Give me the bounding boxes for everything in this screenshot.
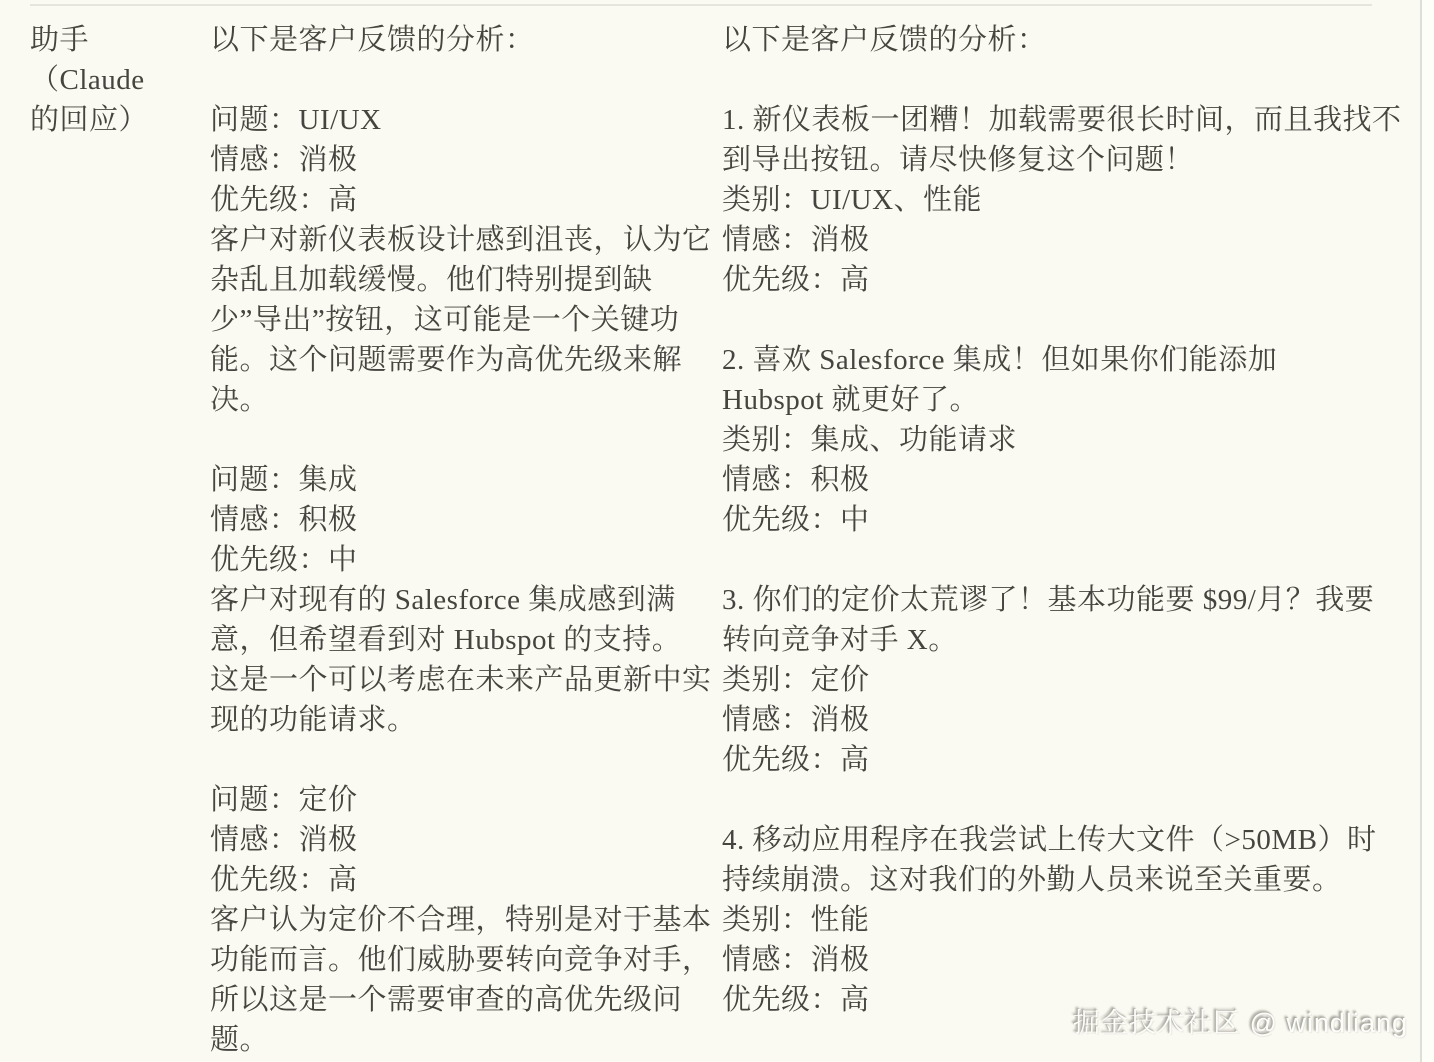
- sentiment-line: 情感：消极: [210, 140, 722, 180]
- issue-line: 问题：定价: [210, 780, 722, 820]
- category-line: 类别：性能: [722, 900, 1418, 940]
- issue-line: 问题：UI/UX: [210, 100, 722, 140]
- priority-line: 优先级：高: [722, 260, 1418, 300]
- watermark: 掘金技术社区 @ windliang: [1073, 1001, 1408, 1040]
- sentiment-line: 情感：积极: [722, 460, 1418, 500]
- priority-line: 优先级：中: [210, 540, 722, 580]
- category-line: 类别：集成、功能请求: [722, 420, 1418, 460]
- sentiment-line: 情感：积极: [210, 500, 722, 540]
- feedback-item-3: 3. 你们的定价太荒谬了！基本功能要 $99/月？我要 转向竞争对手 X。 类别…: [722, 580, 1418, 780]
- priority-line: 优先级：高: [722, 740, 1418, 780]
- feedback-item-1: 1. 新仪表板一团糟！加载需要很长时间，而且我找不 到导出按钮。请尽快修复这个问…: [722, 100, 1418, 300]
- feedback-item-4: 4. 移动应用程序在我尝试上传大文件（>50MB）时 持续崩溃。这对我们的外勤人…: [722, 820, 1418, 1020]
- page-edge-divider: [1420, 0, 1422, 1062]
- feedback-text: 4. 移动应用程序在我尝试上传大文件（>50MB）时 持续崩溃。这对我们的外勤人…: [722, 820, 1418, 900]
- priority-line: 优先级：中: [722, 500, 1418, 540]
- sentiment-line: 情感：消极: [210, 820, 722, 860]
- category-line: 类别：UI/UX、性能: [722, 180, 1418, 220]
- claude-intro: 以下是客户反馈的分析：: [210, 20, 722, 60]
- summary-text: 客户对现有的 Salesforce 集成感到满 意，但希望看到对 Hubspot…: [210, 580, 722, 740]
- claude-response-cell: 以下是客户反馈的分析： 问题：UI/UX 情感：消极 优先级：高 客户对新仪表板…: [210, 20, 722, 1060]
- page-edge-strip: [1422, 0, 1434, 1062]
- sentiment-line: 情感：消极: [722, 700, 1418, 740]
- priority-line: 优先级：高: [210, 860, 722, 900]
- table-top-border: [30, 4, 1372, 6]
- analysis-intro: 以下是客户反馈的分析：: [722, 20, 1418, 60]
- category-line: 类别：定价: [722, 660, 1418, 700]
- numbered-analysis-cell: 以下是客户反馈的分析： 1. 新仪表板一团糟！加载需要很长时间，而且我找不 到导…: [722, 20, 1418, 1020]
- feedback-item-2: 2. 喜欢 Salesforce 集成！但如果你们能添加 Hubspot 就更好…: [722, 340, 1418, 540]
- feedback-text: 3. 你们的定价太荒谬了！基本功能要 $99/月？我要 转向竞争对手 X。: [722, 580, 1418, 660]
- issue-line: 问题：集成: [210, 460, 722, 500]
- speaker-label: 助手 （Claude 的回应）: [30, 20, 210, 140]
- comparison-row: 助手 （Claude 的回应） 以下是客户反馈的分析： 问题：UI/UX 情感：…: [30, 20, 1418, 1060]
- sentiment-line: 情感：消极: [722, 940, 1418, 980]
- claude-section-uiux: 问题：UI/UX 情感：消极 优先级：高 客户对新仪表板设计感到沮丧，认为它 杂…: [210, 100, 722, 420]
- speaker-cell: 助手 （Claude 的回应）: [30, 20, 210, 140]
- feedback-text: 1. 新仪表板一团糟！加载需要很长时间，而且我找不 到导出按钮。请尽快修复这个问…: [722, 100, 1418, 180]
- claude-section-pricing: 问题：定价 情感：消极 优先级：高 客户认为定价不合理，特别是对于基本 功能而言…: [210, 780, 722, 1060]
- summary-text: 客户对新仪表板设计感到沮丧，认为它 杂乱且加载缓慢。他们特别提到缺 少”导出”按…: [210, 220, 722, 420]
- feedback-text: 2. 喜欢 Salesforce 集成！但如果你们能添加 Hubspot 就更好…: [722, 340, 1418, 420]
- summary-text: 客户认为定价不合理，特别是对于基本 功能而言。他们威胁要转向竞争对手， 所以这是…: [210, 900, 722, 1060]
- sentiment-line: 情感：消极: [722, 220, 1418, 260]
- claude-section-integration: 问题：集成 情感：积极 优先级：中 客户对现有的 Salesforce 集成感到…: [210, 460, 722, 740]
- priority-line: 优先级：高: [210, 180, 722, 220]
